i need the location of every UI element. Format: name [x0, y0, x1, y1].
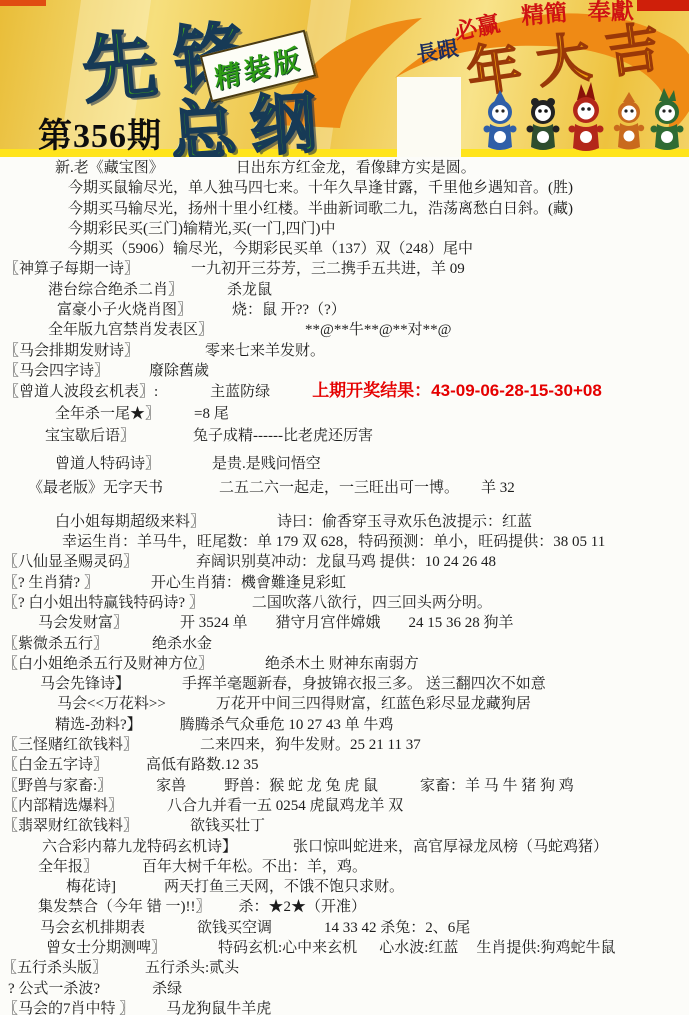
slogan-2: 精簡: [520, 0, 568, 29]
tip-text: 白小姐每期超级来料〗: [55, 512, 205, 532]
tip-text: 今期彩民买(三门)输精光,买(一门,四门)中: [68, 219, 335, 239]
tip-text: 《最老版》无字天书: [28, 478, 163, 498]
tip-text: 八合九并看一五 0254 虎鼠鸡龙羊 双: [167, 796, 403, 816]
tip-text: 杀龙鼠: [227, 280, 272, 300]
tip-text: 今期买马输尽光，扬州十里小红楼。半曲新词歌二九，浩荡离愁白日斜。(藏): [68, 199, 573, 219]
tip-text: 〖翡翠财红欲钱料〗: [3, 816, 138, 836]
tip-line: 〖野兽与家畜:〗家兽野兽：猴 蛇 龙 兔 虎 鼠家畜：羊 马 牛 猪 狗 鸡: [0, 776, 689, 796]
tip-line: 〖曾道人波段玄机表〗:主蓝防绿上期开奖结果：43-09-06-28-15-30+…: [0, 381, 689, 401]
tip-text: 集发禁合（今年 错 一)!!〗: [38, 897, 211, 917]
tip-text: 14 33 42 杀兔：2、6尾: [324, 918, 470, 938]
header-art: 長跟 必赢 精簡 奉獻 年大吉: [270, 0, 689, 157]
tip-text: 全年报〗: [38, 857, 98, 877]
tip-line: 〖白小姐绝杀五行及财神方位〗绝杀木土 财神东南弱方: [0, 654, 689, 674]
tip-text: 主蓝防绿: [210, 382, 270, 402]
tip-line: 〖内部精选爆料〗八合九并看一五 0254 虎鼠鸡龙羊 双: [0, 796, 689, 816]
tip-text: 幸运生肖：羊马牛，旺尾数：单 179 双 628，特码预测：单小，旺码提供：38…: [62, 532, 605, 552]
fuwa-panda-mascot-icon: [527, 98, 560, 150]
issue-number: 第356期: [38, 108, 162, 157]
tip-line: 白小姐每期超级来料〗诗曰：偷香穿玉寻欢乐色波提示：红蓝: [0, 512, 689, 532]
tip-text: 马会<<万花料>>: [57, 694, 166, 714]
tip-text: 〖? 生肖猜? 〗: [3, 573, 99, 593]
tip-line: 新.老《藏宝图》日出东方红金龙，看像肆方实是圆。: [0, 158, 689, 178]
tip-line: 今期买鼠输尽光，单人独马四七来。十年久旱逢甘露，千里他乡遇知音。(胜): [0, 178, 689, 198]
tip-text: 兔子成精------比老虎还厉害: [193, 426, 373, 446]
tip-line: 今期买（5906）输尽光，今期彩民买单（137）双（248）尾中: [0, 239, 689, 259]
tip-line: 〖白金五字诗〗高低有路数.12 35: [0, 755, 689, 775]
tip-text: 新.老《藏宝图》: [55, 158, 164, 178]
tip-text: 廢除舊歲: [149, 361, 209, 381]
tip-text: 二国吹落八欲行，四三回头两分明。: [252, 593, 492, 613]
tip-line: 港台综合绝杀二肖〗杀龙鼠: [0, 280, 689, 300]
tip-text: **@**牛**@**对**@: [305, 320, 451, 340]
tip-text: 一九初开三芬芳，三二携手五共进，羊 09: [191, 259, 465, 279]
tip-line: 〖马会的7肖中特 〗马龙狗鼠牛羊虎: [0, 999, 689, 1015]
tip-line: 马会发财富〗开 3524 单猎守月宫伴嫦娥24 15 36 28 狗羊: [0, 613, 689, 633]
tip-text: 杀：★2★（开准）: [239, 897, 367, 917]
tip-text: ? 公式一杀波?: [8, 979, 100, 999]
tip-text: 高低有路数.12 35: [146, 755, 259, 775]
tip-text: 〖? 白小姐出特赢钱特码诗? 〗: [3, 593, 204, 613]
tip-text: 欲钱买空调: [197, 918, 272, 938]
tip-text: 开心生肖猜：機會難逢見彩虹: [151, 573, 346, 593]
tip-line: 全年杀一尾★〗=8 尾: [0, 404, 689, 424]
tip-line: 〖神算子每期一诗〗一九初开三芬芳，三二携手五共进，羊 09: [0, 259, 689, 279]
tip-line: 〖八仙显圣赐灵码〗弃阔识别莫冲动：龙鼠马鸡 提供：10 24 26 48: [0, 552, 689, 572]
tip-text: 心水波:红蓝: [379, 938, 458, 958]
tip-text: 六合彩内幕九龙特码玄机诗】: [42, 837, 237, 857]
tip-text: 万花开中间三四得财富，红蓝色彩尽显龙藏狗居: [216, 694, 531, 714]
tip-text: 绝杀水金: [152, 634, 212, 654]
tip-line: 富豪小子火烧肖图〗烧：鼠 开??（?）: [0, 300, 689, 320]
tip-text: 杀绿: [152, 979, 182, 999]
tip-text: 24 15 36 28 狗羊: [409, 613, 514, 633]
tip-text: 日出东方红金龙，看像肆方实是圆。: [236, 158, 476, 178]
tip-text: 〖八仙显圣赐灵码〗: [3, 552, 138, 572]
tip-line: 〖? 白小姐出特赢钱特码诗? 〗二国吹落八欲行，四三回头两分明。: [0, 593, 689, 613]
tip-text: 诗曰：偷香穿玉寻欢乐色波提示：红蓝: [277, 512, 532, 532]
tip-text: 今期买鼠输尽光，单人独马四七来。十年久旱逢甘露，千里他乡遇知音。(胜): [68, 178, 573, 198]
tip-text: 生肖提供:狗鸡蛇牛鼠: [476, 938, 615, 958]
tip-line: 〖翡翠财红欲钱料〗欲钱买壮丁: [0, 816, 689, 836]
tip-text: 五行杀头:贰头: [145, 958, 239, 978]
follow-text: 長跟: [415, 37, 460, 67]
tip-text: 张口惊叫蛇进来，高官厚禄龙凤榜（马蛇鸡猪）: [293, 837, 608, 857]
tip-line: 今期买马输尽光，扬州十里小红楼。半曲新词歌二九，浩荡离愁白日斜。(藏): [0, 199, 689, 219]
tip-text: =8 尾: [194, 404, 229, 424]
tip-text: 手挥羊毫题新春，身披锦衣报三多。 送三翻四次不如意: [182, 674, 546, 694]
tip-line: 〖马会四字诗〗廢除舊歲: [0, 361, 689, 381]
tip-text: 两天打鱼三天网，不饿不饱只求财。: [164, 877, 404, 897]
tip-sheet-page: 長跟 必赢 精簡 奉獻 年大吉: [0, 0, 689, 1015]
tip-text: 〖三怪赌红欲钱料〗: [3, 735, 138, 755]
fuwa-flame-mascot-icon: [569, 82, 604, 151]
tip-line: 马会玄机排期表欲钱买空调14 33 42 杀兔：2、6尾: [0, 918, 689, 938]
tip-line: 〖? 生肖猜? 〗开心生肖猜：機會難逢見彩虹: [0, 573, 689, 593]
tip-text: 〖紫微杀五行〗: [3, 634, 108, 654]
tip-text: 〖内部精选爆料〗: [3, 796, 123, 816]
tip-text: 梅花诗]: [66, 877, 116, 897]
tip-text: 曾女士分期测啤〗: [46, 938, 166, 958]
tip-line: 幸运生肖：羊马牛，旺尾数：单 179 双 628，特码预测：单小，旺码提供：38…: [0, 532, 689, 552]
tip-line: 《最老版》无字天书二五二六一起走，一三旺出可一博。羊 32: [0, 478, 689, 498]
tip-text: 马会先锋诗】: [40, 674, 130, 694]
tip-line: 〖马会排期发财诗〗零来七来羊发财。: [0, 341, 689, 361]
tip-line: 全年报〗百年大树千年松。不出：羊，鸡。: [0, 857, 689, 877]
tip-text: 曾道人特码诗〗: [55, 454, 160, 474]
tip-text: 特码玄机:心中来玄机: [218, 938, 357, 958]
tip-text: 是贵.是贱问悟空: [212, 454, 321, 474]
last-draw-result: 上期开奖结果：43-09-06-28-15-30+08: [312, 381, 602, 401]
masthead: 長跟 必赢 精簡 奉獻 年大吉: [0, 0, 689, 157]
tip-text: 烧：鼠 开??（?）: [232, 300, 346, 320]
tip-text: 腾腾杀气众垂危 10 27 43 单 牛鸡: [180, 715, 394, 735]
tip-text: 二五二六一起走，一三旺出可一博。: [219, 478, 459, 498]
tip-line: 曾道人特码诗〗是贵.是贱问悟空: [0, 454, 689, 474]
tip-text: 二来四来，狗牛发财。25 21 11 37: [200, 735, 421, 755]
tip-text: 〖马会四字诗〗: [4, 361, 109, 381]
tip-text: 百年大树千年松。不出：羊，鸡。: [142, 857, 367, 877]
tip-text: 宝宝歇后语〗: [45, 426, 135, 446]
tip-line: 马会<<万花料>>万花开中间三四得财富，红蓝色彩尽显龙藏狗居: [0, 694, 689, 714]
tip-line: 全年版九宫禁肖发表区〗**@**牛**@**对**@: [0, 320, 689, 340]
tip-text: 〖马会排期发财诗〗: [4, 341, 139, 361]
tip-text: 欲钱买壮丁: [190, 816, 265, 836]
tip-text: 〖五行杀头版〗: [2, 958, 107, 978]
tip-line: 〖五行杀头版〗五行杀头:贰头: [0, 958, 689, 978]
tip-text: 〖野兽与家畜:〗: [3, 776, 112, 796]
tip-text: 马龙狗鼠牛羊虎: [166, 999, 271, 1015]
tip-line: 精选-劲料?】腾腾杀气众垂危 10 27 43 单 牛鸡: [0, 715, 689, 735]
tip-text: 〖白金五字诗〗: [3, 755, 108, 775]
corner-mark-left: [0, 0, 46, 6]
tip-text: 〖神算子每期一诗〗: [4, 259, 139, 279]
tip-line: 宝宝歇后语〗兔子成精------比老虎还厉害: [0, 426, 689, 446]
tip-line: 〖紫微杀五行〗绝杀水金: [0, 634, 689, 654]
tip-line: 曾女士分期测啤〗特码玄机:心中来玄机心水波:红蓝生肖提供:狗鸡蛇牛鼠: [0, 938, 689, 958]
tip-line: 集发禁合（今年 错 一)!!〗杀：★2★（开准）: [0, 897, 689, 917]
tip-text: 〖曾道人波段玄机表〗:: [4, 382, 158, 402]
blank-patch: [397, 77, 461, 157]
tip-text: 野兽：猴 蛇 龙 兔 虎 鼠: [224, 776, 378, 796]
tip-text: 零来七来羊发财。: [205, 341, 325, 361]
tip-line: ? 公式一杀波?杀绿: [0, 979, 689, 999]
tip-line: 梅花诗]两天打鱼三天网，不饿不饱只求财。: [0, 877, 689, 897]
tip-text: 家兽: [156, 776, 186, 796]
tip-text: 羊 32: [481, 478, 515, 498]
tip-text: 马会发财富〗: [38, 613, 128, 633]
tip-text: 猎守月宫伴嫦娥: [276, 613, 381, 633]
tip-text: 今期买（5906）输尽光，今期彩民买单（137）双（248）尾中: [68, 239, 473, 259]
tip-text: 富豪小子火烧肖图〗: [57, 300, 192, 320]
tip-text: 绝杀木土 财神东南弱方: [265, 654, 419, 674]
tip-text: 全年版九宫禁肖发表区〗: [48, 320, 213, 340]
tip-line: 六合彩内幕九龙特码玄机诗】张口惊叫蛇进来，高官厚禄龙凤榜（马蛇鸡猪）: [0, 837, 689, 857]
tip-text: 开 3524 单: [180, 613, 248, 633]
tip-text: 港台综合绝杀二肖〗: [48, 280, 183, 300]
tip-line: 马会先锋诗】手挥羊毫题新春，身披锦衣报三多。 送三翻四次不如意: [0, 674, 689, 694]
tip-text: 家畜：羊 马 牛 猪 狗 鸡: [420, 776, 574, 796]
tip-line: 今期彩民买(三门)输精光,买(一门,四门)中: [0, 219, 689, 239]
tip-text: 〖白小姐绝杀五行及财神方位〗: [3, 654, 213, 674]
fuwa-orange-mascot-icon: [614, 92, 644, 150]
tip-line: 〖三怪赌红欲钱料〗二来四来，狗牛发财。25 21 11 37: [0, 735, 689, 755]
tip-text: 弃阔识别莫冲动：龙鼠马鸡 提供：10 24 26 48: [196, 552, 496, 572]
tip-text: 〖马会的7肖中特 〗: [3, 999, 134, 1015]
tip-text: 精选-劲料?】: [55, 715, 142, 735]
tip-text: 全年杀一尾★〗: [55, 404, 160, 424]
tip-text: 马会玄机排期表: [40, 918, 145, 938]
tips-list: 新.老《藏宝图》日出东方红金龙，看像肆方实是圆。今期买鼠输尽光，单人独马四七来。…: [0, 158, 689, 1015]
